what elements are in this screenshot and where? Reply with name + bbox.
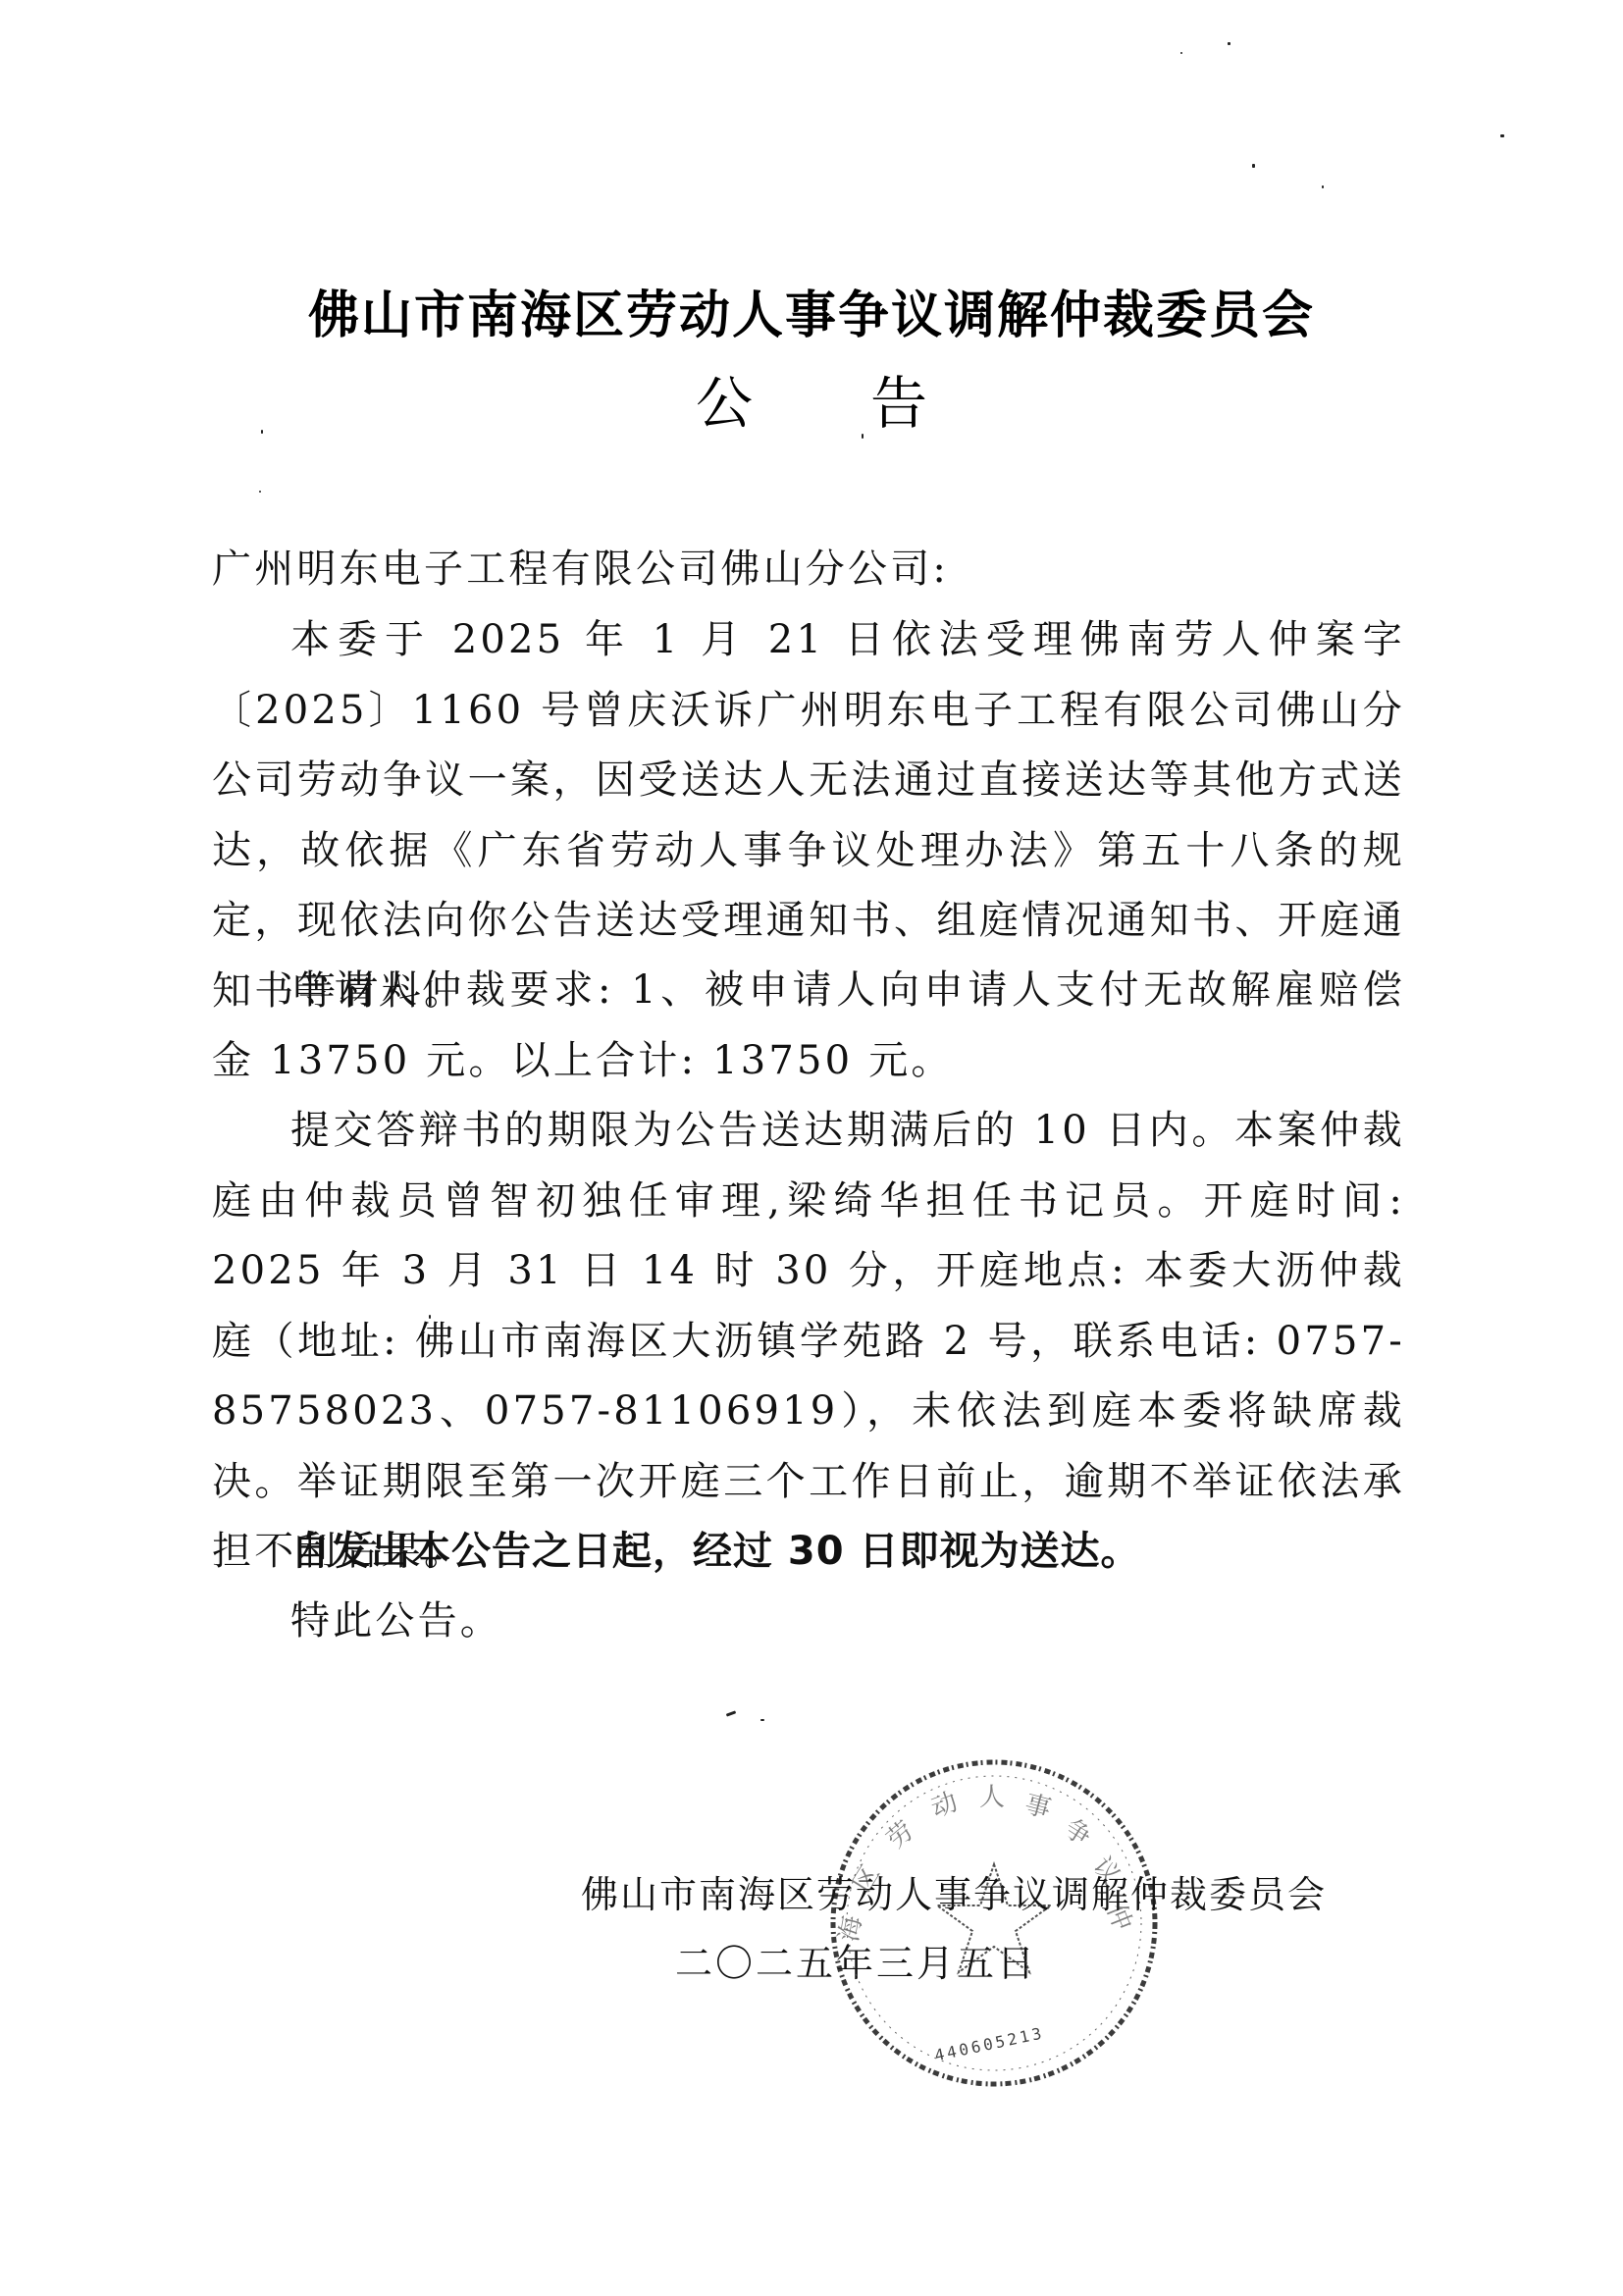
scan-noise [259,491,261,493]
scan-noise [760,1719,764,1721]
scan-noise [862,434,864,439]
svg-text:事: 事 [1021,1790,1054,1825]
official-seal-icon: 劳 动 人 事 争 议 仲 区 海 440605213 [827,1756,1161,2090]
scan-noise [429,1315,431,1319]
svg-text:人: 人 [979,1783,1005,1812]
closing-text: 特此公告。 [212,1587,1405,1657]
notice-title-char-1: 公 [696,371,753,436]
svg-text:动: 动 [927,1787,962,1823]
scan-noise [1180,52,1182,54]
paragraph-arbitration-claims: 申请人仲裁要求: 1、被申请人向申请人支付无故解雇赔偿金 13750 元。以上合… [212,956,1405,1096]
paragraph-service-effective: 自发出本公告之日起，经过 30 日即视为送达。 [212,1517,1405,1588]
scan-noise [1500,134,1504,137]
svg-text:440605213: 440605213 [933,2023,1046,2064]
scan-noise [1322,185,1324,188]
scan-noise [1228,42,1230,45]
document-page: 佛山市南海区劳动人事争议调解仲裁委员会 公告 广州明东电子工程有限公司佛山分公司… [0,0,1623,2296]
scan-noise [726,1710,736,1716]
svg-text:争: 争 [1059,1813,1096,1852]
paragraph-hearing-details: 提交答辩书的期限为公告送达期满后的 10 日内。本案仲裁庭由仲裁员曾智初独任审理… [212,1096,1405,1588]
signature-date: 二〇二五年三月五日 [675,1940,1037,1987]
scan-noise [261,430,263,434]
svg-text:劳: 劳 [881,1816,919,1855]
addressee: 广州明东电子工程有限公司佛山分公司: [212,535,1405,605]
signature-organization: 佛山市南海区劳动人事争议调解仲裁委员会 [581,1871,1327,1918]
notice-title-char-2: 告 [870,371,927,436]
issuer-heading: 佛山市南海区劳动人事争议调解仲裁委员会 [0,287,1623,345]
scan-noise [1252,164,1255,168]
notice-title: 公告 [0,371,1623,436]
